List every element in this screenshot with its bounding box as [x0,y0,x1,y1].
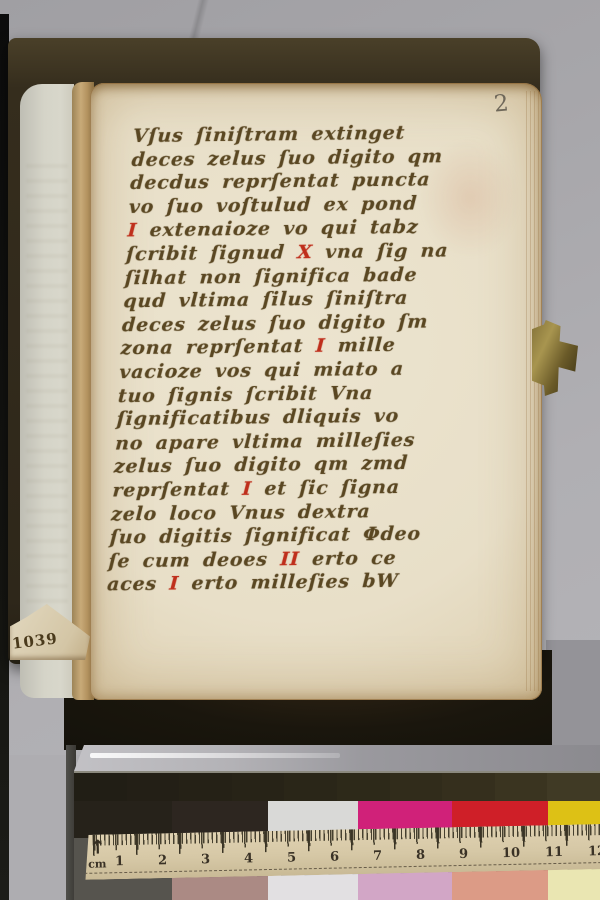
page-block-edges [526,91,539,691]
grayscale-step [179,773,232,803]
ink-text: aces [106,573,170,596]
text-showthrough [26,164,68,604]
manuscript-page: 2 Vſus ſiniſtram extingetdeces zelus ſuo… [90,83,542,700]
ink-text: qud vltima ſilus ſiniſtra [123,287,409,312]
ink-text: mille [325,334,397,357]
ruler-number: 8 [416,848,425,863]
ink-text: reprſentat [112,478,243,502]
ink-text: deces zelus ſuo digito ſm [121,310,428,336]
ruler-number: 2 [158,853,167,868]
ruler-number: 6 [330,850,339,865]
grayscale-step [442,773,495,803]
ink-text: ſcribit ſignud [126,241,298,265]
ink-text: zelus ſuo digito qm zmd [113,452,408,478]
grayscale-step [127,773,180,803]
grayscale-step [547,773,600,803]
ink-text: deces zelus ſuo digito qm [131,145,444,171]
rubric-mark: II [280,548,301,570]
grayscale-strip [74,771,600,803]
fragment-shelfmark: 1039 [11,629,59,652]
ink-text: et ſic ſigna [251,476,400,500]
ruler-number: 1 [115,854,124,869]
rubric-mark: X [297,241,314,263]
manuscript-photo: 2 Vſus ſiniſtram extingetdeces zelus ſuo… [0,0,600,900]
ruler-number: 5 [287,850,296,865]
ruler-number: 4 [244,851,253,866]
manuscript-line: aces I erto milleſies bW [106,569,479,597]
ink-text: erto ce [299,547,397,570]
ruler-number: 9 [459,847,468,862]
ink-text: Vſus ſiniſtram extinget [132,122,405,147]
ink-text: vna ſig na [312,239,449,263]
ruler-number: 11 [545,845,563,860]
ink-text: tuo ſignis ſcribit Vna [117,382,373,407]
ruler-number: 3 [201,852,210,867]
ink-text: ſignificatibus dliquis vo [116,405,400,430]
ink-text: no apare vltima milleſies [115,428,416,454]
color-patch [74,801,172,838]
backdrop-shadow-band [546,640,600,752]
grayscale-step [74,773,127,803]
manuscript-text: Vſus ſiniſtram extingetdeces zelus ſuo d… [106,121,505,598]
book: 2 Vſus ſiniſtram extingetdeces zelus ſuo… [8,38,540,664]
grayscale-step [495,773,548,803]
ink-text: ſe cum deoes [108,548,281,572]
ink-text: ſilhat non ſignifica bade [124,263,418,289]
ink-text: extenaioze vo qui tabz [137,216,419,241]
ink-text: vacioze vos qui miato a [119,358,405,383]
metal-highlight [90,753,340,758]
grayscale-step [337,773,390,803]
ink-text: zelo loco Vnus dextra [111,500,372,525]
grayscale-step [390,773,443,803]
ruler-number: 12 [588,844,600,859]
metal-bar [74,745,600,771]
grayscale-step [232,773,285,803]
ink-text: erto milleſies bW [178,570,399,595]
grayscale-step [284,773,337,803]
folio-number: 2 [493,90,510,117]
ruler-number: 10 [502,846,520,861]
ink-text: ſuo digitis ſignificat Φdeo [109,523,421,549]
ruler-number: 7 [373,849,382,864]
ink-text: zona reprſentat [120,335,316,359]
ink-text: decdus reprſentat puncta [130,169,431,195]
ink-text: vo ſuo voſtulud ex pond [128,192,418,218]
